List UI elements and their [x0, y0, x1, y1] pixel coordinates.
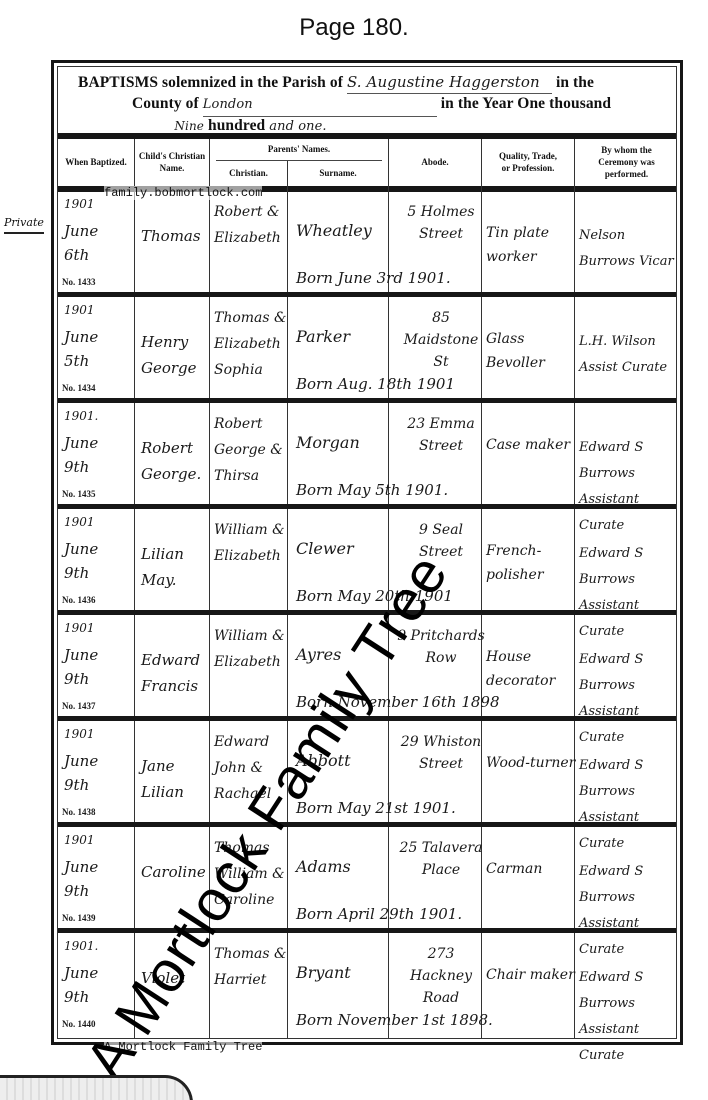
county-name: London — [203, 94, 437, 117]
register-entry: 1901June 9thNo. 1436Lilian May.William &… — [58, 511, 676, 611]
margin-note-private: Private — [4, 216, 44, 234]
register-heading: BAPTISMS solemnized in the Parish of S. … — [58, 67, 676, 135]
officiant: Edward S Burrows Assistant Curate — [579, 965, 679, 1069]
parents-christian: William & Elizabeth — [214, 517, 290, 569]
row-rule — [58, 292, 676, 297]
entry-date: June 6th — [64, 219, 124, 267]
entry-date: June 9th — [64, 749, 124, 797]
register-entry: 1901June 5thNo. 1434Henry GeorgeThomas &… — [58, 299, 676, 399]
trade: House decorator — [486, 645, 578, 693]
entry-date: June 9th — [64, 855, 124, 903]
entry-number: No. 1438 — [62, 807, 96, 817]
entry-year: 1901 — [64, 727, 95, 741]
entry-year: 1901 — [64, 515, 95, 529]
entry-number: No. 1436 — [62, 595, 96, 605]
parents-surname: Bryant — [296, 963, 351, 982]
parents-christian: Robert George & Thirsa — [214, 411, 290, 489]
entry-number: No. 1437 — [62, 701, 96, 711]
register-entry: 1901June 6thNo. 1433ThomasRobert & Eliza… — [58, 193, 676, 293]
entry-year: 1901 — [64, 833, 95, 847]
register-entry: 1901June 9thNo. 1439CarolineThomas Willi… — [58, 829, 676, 929]
parents-surname: Adams — [296, 857, 351, 876]
register-entry: 1901.June 9thNo. 1435Robert George.Rober… — [58, 405, 676, 505]
trade: Tin plate worker — [486, 221, 578, 269]
entry-number: No. 1433 — [62, 277, 96, 287]
entry-date: June 9th — [64, 537, 124, 585]
child-name: Jane Lilian — [141, 753, 211, 805]
col-by-whom: By whom the Ceremony was performed. — [575, 139, 678, 185]
parents-christian: William & Elizabeth — [214, 623, 290, 675]
child-name: Henry George — [141, 329, 211, 381]
parents-christian: Thomas & Harriet — [214, 941, 290, 993]
entry-year: 1901. — [64, 409, 98, 423]
hundred-label: hundred — [208, 117, 265, 134]
parents-surname: Clewer — [296, 539, 354, 558]
col-parents: Parents' Names. — [210, 139, 388, 159]
trade: Wood-turner — [486, 751, 578, 775]
parents-surname: Morgan — [296, 433, 360, 452]
abode: 85 Maidstone St — [395, 307, 487, 373]
col-surname: Surname. — [288, 161, 388, 185]
entry-date: June 5th — [64, 325, 124, 373]
officiant: Nelson Burrows Vicar — [579, 223, 679, 275]
watermark-url: family.bobmortlock.com — [104, 186, 262, 200]
abode: 29 Whiston Street — [395, 731, 487, 775]
child-name: Thomas — [141, 223, 211, 249]
trade: Case maker — [486, 433, 578, 457]
trade: Carman — [486, 857, 578, 881]
parents-christian: Thomas & Elizabeth Sophia — [214, 305, 290, 383]
county-label: County of — [132, 95, 199, 112]
register-entry: 1901June 9thNo. 1438Jane LilianEdward Jo… — [58, 723, 676, 823]
col-when: When Baptized. — [58, 139, 134, 185]
child-name: Lilian May. — [141, 541, 211, 593]
parents-surname: Parker — [296, 327, 350, 346]
trade: French-polisher — [486, 539, 578, 587]
parents-christian: Robert & Elizabeth — [214, 199, 290, 251]
trade: Glass Bevoller — [486, 327, 578, 375]
heading-prefix: BAPTISMS solemnized in the Parish of — [78, 74, 343, 91]
entry-year: 1901 — [64, 303, 95, 317]
officiant: L.H. Wilson Assist Curate — [579, 329, 679, 381]
col-abode: Abode. — [389, 139, 481, 185]
entry-year: 1901 — [64, 197, 95, 211]
entry-number: No. 1435 — [62, 489, 96, 499]
column-headers: When Baptized. Child's Christian Name. P… — [58, 139, 676, 185]
entry-number: No. 1439 — [62, 913, 96, 923]
col-christian: Christian. — [210, 161, 287, 185]
entry-number: No. 1434 — [62, 383, 96, 393]
col-trade: Quality, Trade, or Profession. — [482, 139, 574, 185]
child-name: Robert George. — [141, 435, 211, 487]
baptism-register: BAPTISMS solemnized in the Parish of S. … — [51, 60, 683, 1045]
col-child: Child's Christian Name. — [135, 139, 209, 185]
abode: 5 Holmes Street — [395, 201, 487, 245]
entry-year: 1901 — [64, 621, 95, 635]
child-name: Edward Francis — [141, 647, 211, 699]
entry-date: June 9th — [64, 431, 124, 479]
abode: 23 Emma Street — [395, 413, 487, 457]
page-title: Page 180. — [0, 14, 708, 42]
parents-surname: Wheatley — [296, 221, 372, 240]
entry-year: 1901. — [64, 939, 98, 953]
row-rule — [58, 398, 676, 403]
parish-name: S. Augustine Haggerston — [347, 71, 552, 94]
year-label: in the Year One thousand — [441, 95, 611, 112]
row-rule — [58, 504, 676, 509]
trade: Chair maker — [486, 963, 578, 987]
row-rule — [58, 822, 676, 827]
book-binding-edge — [0, 1075, 193, 1100]
abode: 25 Talavera Place — [395, 837, 487, 881]
abode: 273 Hackney Road — [395, 943, 487, 1009]
entry-date: June 9th — [64, 643, 124, 691]
heading-suffix: in the — [556, 74, 594, 91]
